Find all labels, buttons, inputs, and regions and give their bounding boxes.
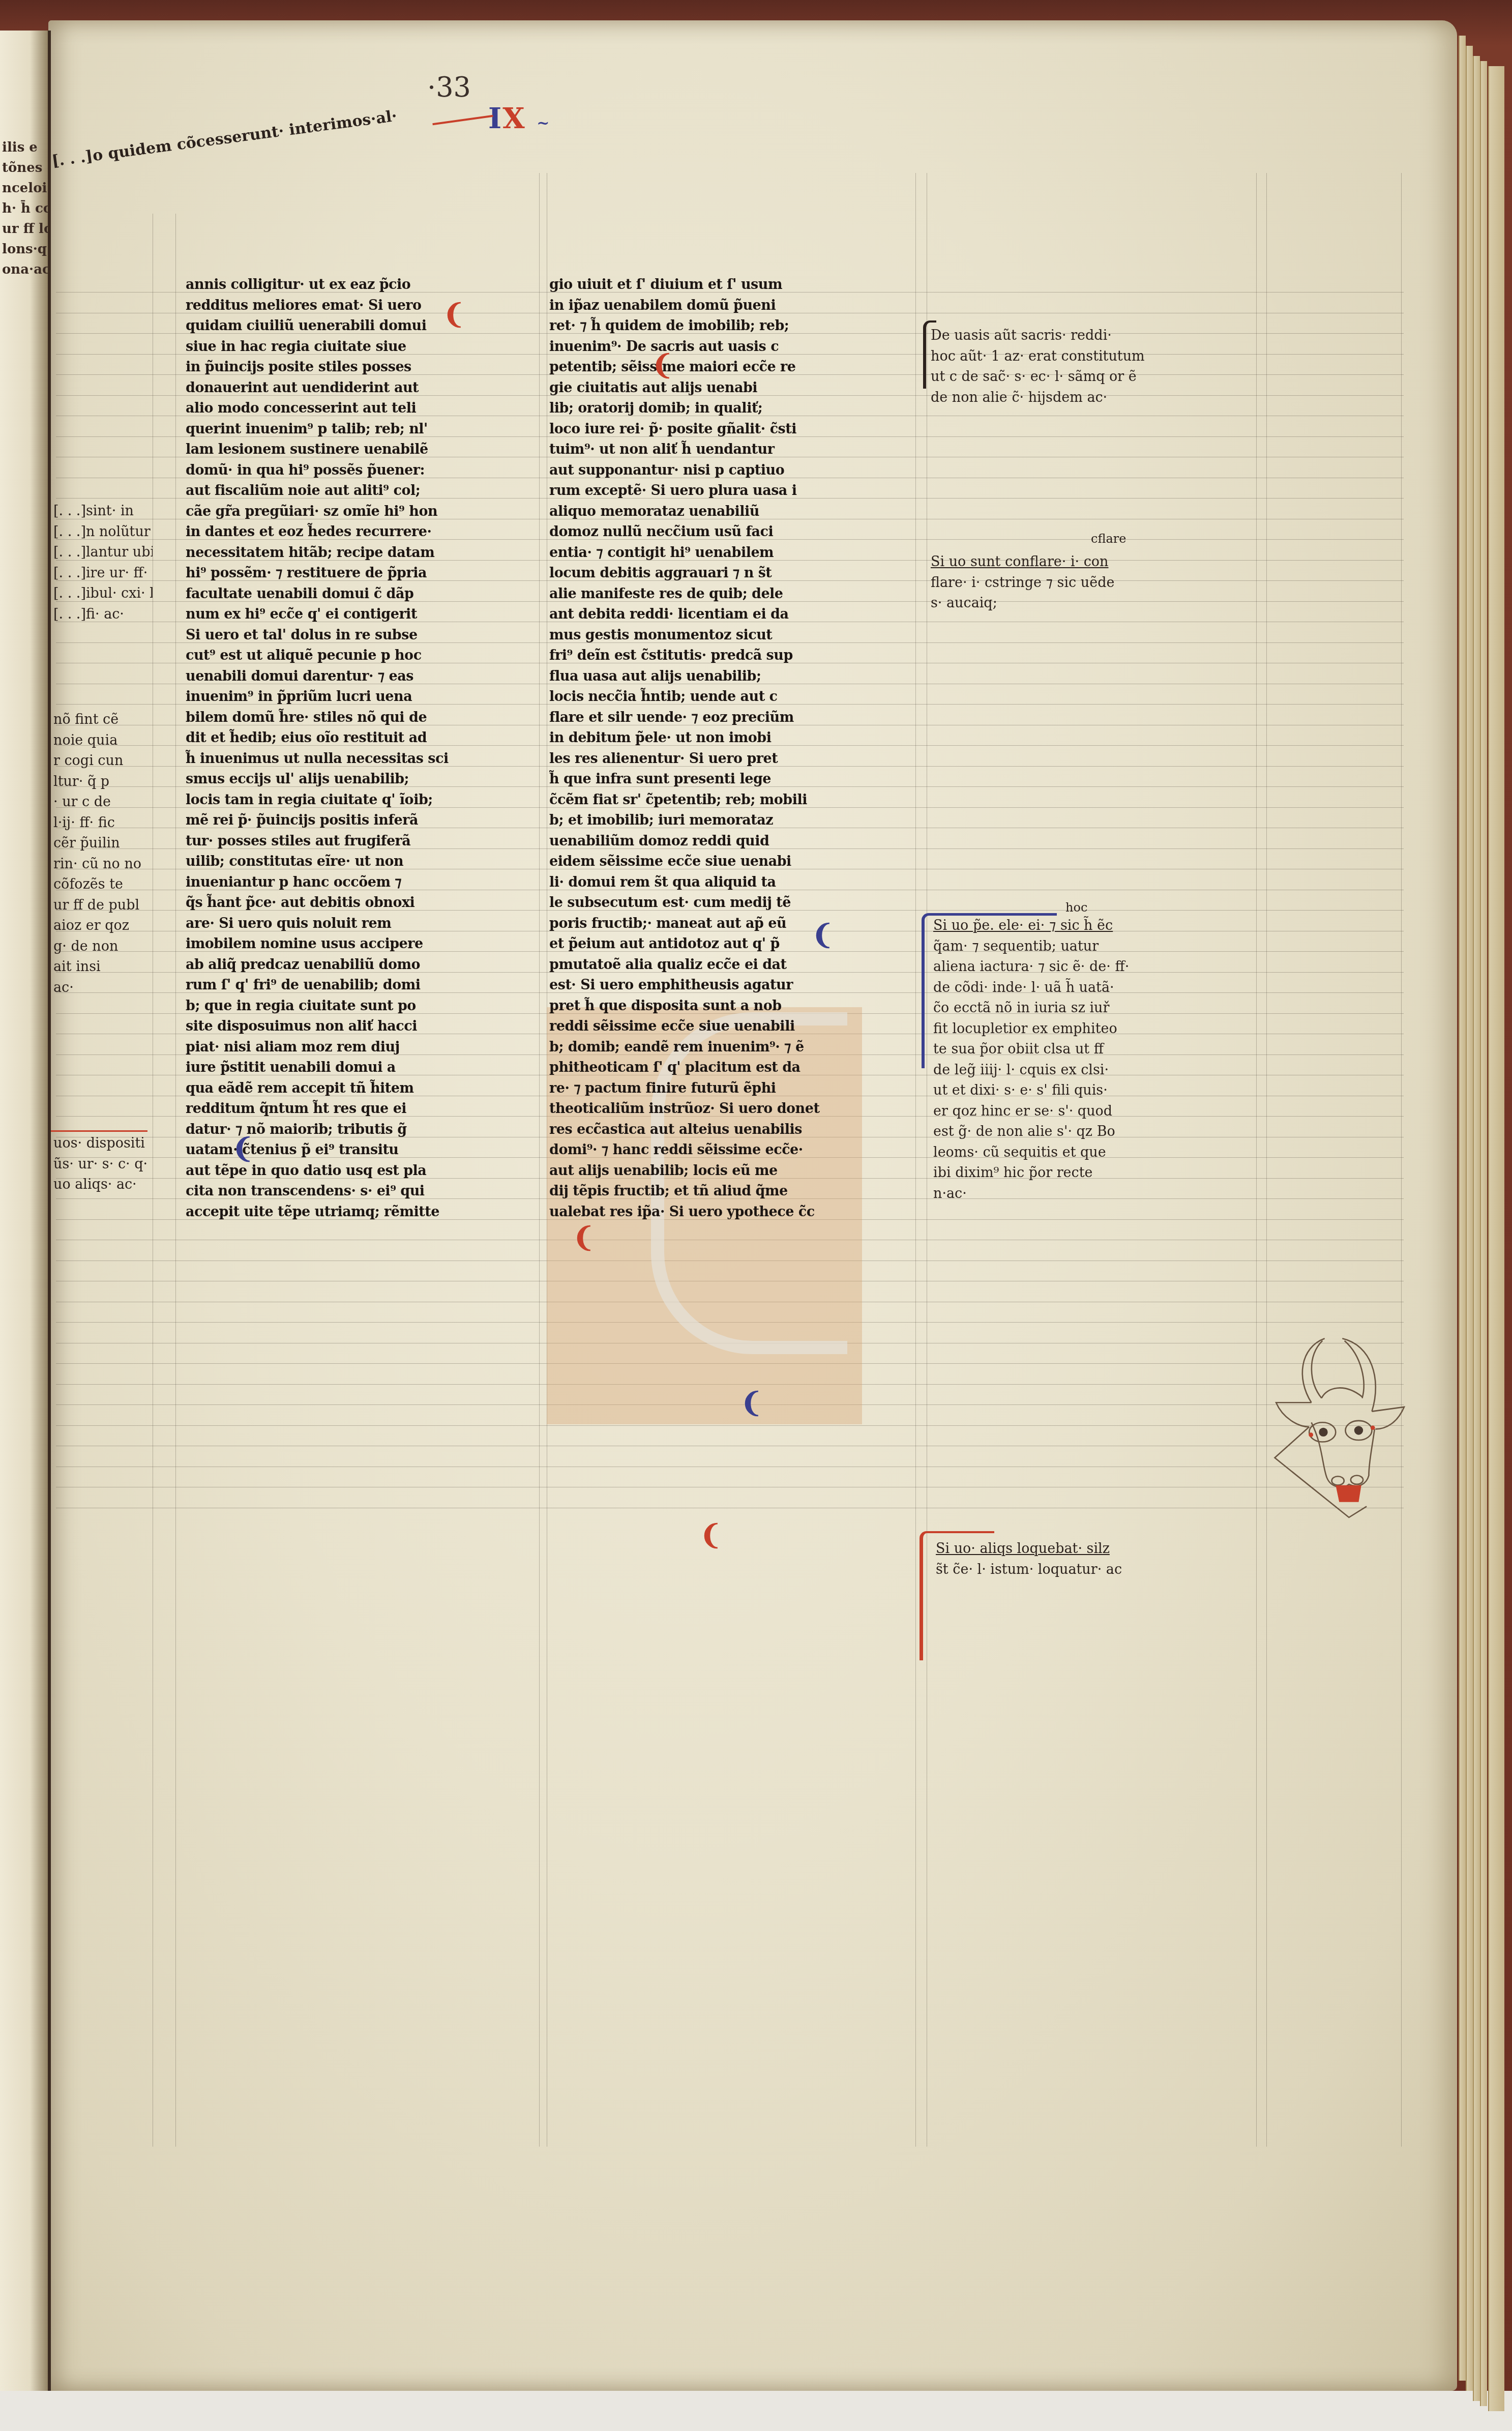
gloss-line: De uasis aũt sacris· reddi· <box>931 326 1145 346</box>
right-gloss-block: Si uo sunt conflare· i· con flare· i· cs… <box>931 552 1114 614</box>
gloss-line: Si uo sunt conflare· i· con <box>931 552 1114 573</box>
text-line: theoticaliũm instrũoz· Si uero donet <box>549 1099 905 1120</box>
gloss-line: s̃t c̃e· l· istum· loquatur· ac <box>936 1560 1122 1580</box>
paragraph-mark-blue: ❨ <box>231 1134 254 1162</box>
gloss-line: noie quia <box>53 730 155 751</box>
text-line: ualebat res ip̃a· Si uero ypothece c̃c <box>549 1202 905 1223</box>
gloss-line: [. . .]fi· ac· <box>53 604 153 625</box>
text-line: mus gestis monumentoz sicut <box>549 625 905 646</box>
text-line: accepit uite tẽpe utriamq; rẽmitte <box>186 1202 531 1223</box>
running-title-part: X <box>502 102 525 135</box>
text-line: necessitatem hitãb; recipe datam <box>186 543 531 564</box>
ruling-vertical <box>539 173 540 2147</box>
text-line: le subsecutum est· cum medij tẽ <box>549 893 905 914</box>
gloss-line: ibi dixim⁹ hic p̃or recte <box>933 1163 1129 1184</box>
text-line: aut supponantur· nisi p captiuo <box>549 460 905 481</box>
gloss-line: ũs· ur· s· c· q· <box>53 1154 155 1175</box>
gloss-line: [. . .]n nolũtur <box>53 522 153 543</box>
text-line: q̃s h̃ant p̃ce· aut debitis obnoxi <box>186 893 531 914</box>
text-column-1: annis colligitur· ut ex eaz p̃cioredditu… <box>186 275 531 1222</box>
text-line: annis colligitur· ut ex eaz p̃cio <box>186 275 531 296</box>
ruling-vertical <box>175 214 176 2147</box>
text-line: aliquo memorataz uenabiliũ <box>549 502 905 522</box>
bull-head-icon <box>1256 1317 1424 1536</box>
gloss-line: n·ac· <box>933 1184 1129 1205</box>
gloss-line: de cõdi· inde· l· uã h̃ uatã· <box>933 978 1129 999</box>
gloss-line: q̃am· ⁊ sequentib; uatur <box>933 936 1129 957</box>
text-line: c̃cẽm fiat sr' c̃petentib; reb; mobili <box>549 790 905 811</box>
text-line: aut fiscaliũm noie aut aliti⁹ col; <box>186 481 531 502</box>
text-line: li· domui rem s̃t qua aliquid ta <box>549 872 905 893</box>
gloss-line: hoc aũt· 1 az· erat constitutum <box>931 346 1145 367</box>
left-gloss-block: nõ fint cẽ noie quia r cogi cun ltur· q̃… <box>53 710 155 998</box>
text-line: donauerint aut uendiderint aut <box>186 378 531 399</box>
gloss-line: fit locupletior ex emphiteo <box>933 1019 1129 1040</box>
fragment-line: ur ff lo <box>0 219 50 239</box>
gloss-line: te sua p̃or obiit clsa ut ff <box>933 1039 1129 1060</box>
text-line: les res alienentur· Si uero pret <box>549 749 905 770</box>
gloss-line: ac· <box>53 978 155 999</box>
gutter-shadow <box>48 31 51 2391</box>
text-line: gio uiuit et ſ' diuium et ſ' usum <box>549 275 905 296</box>
gloss-line: r cogi cun <box>53 751 155 772</box>
text-line: are· Si uero quis noluit rem <box>186 914 531 934</box>
text-line: eidem sẽissime ecc̃e siue uenabi <box>549 852 905 872</box>
text-line: locum debitis aggrauari ⁊ n s̃t <box>549 563 905 584</box>
text-line: domũ· in qua hi⁹ possẽs p̃uener: <box>186 460 531 481</box>
text-line: inuenim⁹ in p̃priũm lucri uena <box>186 687 531 708</box>
page-edge <box>1466 46 1473 2391</box>
running-title: IX ~ <box>488 102 550 135</box>
text-line: redditus meliores emat· Si uero <box>186 296 531 316</box>
text-line: querint inuenim⁹ p talib; reb; nl' <box>186 419 531 440</box>
text-line: entia· ⁊ contigit hi⁹ uenabilem <box>549 543 905 564</box>
text-line: locis necc̃ia h̃ntib; uende aut c <box>549 687 905 708</box>
gloss-line: [. . .]ibul· cxi· l· <box>53 583 153 604</box>
text-line: lib; oratorij domib; in qualiť; <box>549 398 905 419</box>
text-line: qua eãdẽ rem accepit tñ h̃item <box>186 1078 531 1099</box>
left-gloss-block: [. . .]sint· in [. . .]n nolũtur [. . .]… <box>53 501 153 625</box>
text-line: alio modo concesserint aut teli <box>186 398 531 419</box>
text-line: lam lesionem sustinere uenabilẽ <box>186 440 531 460</box>
right-gloss-block: Si uo p̃e. ele· ei· ⁊ sic h̃ ẽc q̃am· ⁊ … <box>933 916 1129 1204</box>
gloss-line: ut c de sac̃· s· ec· l· sãmq or ẽ <box>931 367 1145 388</box>
text-line: re· ⁊ pactum finire futurũ ẽphi <box>549 1078 905 1099</box>
text-line: in dantes et eoz h̃edes recurrere· <box>186 522 531 543</box>
text-line: piat· nisi aliam moz rem diuj <box>186 1037 531 1058</box>
gloss-line: rin· cũ no no <box>53 854 155 875</box>
page-edge <box>1473 56 1480 2401</box>
text-line: redditum q̃ntum h̃t res que ei <box>186 1099 531 1120</box>
text-line: locis tam in regia ciuitate q' ĩoib; <box>186 790 531 811</box>
text-line: rum exceptẽ· Si uero plura uasa i <box>549 481 905 502</box>
scan-background <box>0 2391 1512 2431</box>
text-line: cãe gr̃a pregũiari· sz omĩe hi⁹ hon <box>186 502 531 522</box>
gloss-line: ur ff de publ <box>53 895 155 916</box>
ruling-vertical <box>927 173 927 2147</box>
text-line: facultate uenabili domui c̃ dãp <box>186 584 531 605</box>
gloss-line: nõ fint cẽ <box>53 710 155 730</box>
fragment-line: ona·ac· <box>0 259 50 280</box>
ruling-line <box>56 1425 1404 1426</box>
paragraph-mark-red: ❨ <box>442 300 465 328</box>
fragment-line: lons·q <box>0 239 50 259</box>
text-line: reddi sẽissime ecc̃e siue uenabili <box>549 1016 905 1037</box>
text-line: uenabili domui darentur· ⁊ eas <box>186 666 531 687</box>
text-line: phitheoticam ſ' q' placitum est da <box>549 1058 905 1078</box>
text-line: petentib; sẽissime maiori ecc̃e re <box>549 357 905 378</box>
right-gloss-block: De uasis aũt sacris· reddi· hoc aũt· 1 a… <box>931 326 1145 408</box>
text-line: in debitum p̃ele· ut non imobi <box>549 728 905 749</box>
gloss-line: uos· dispositi <box>53 1133 155 1154</box>
text-line: flua uasa aut alijs uenabilib; <box>549 666 905 687</box>
gloss-superscript: cflare <box>1091 532 1126 546</box>
ruling-vertical <box>1266 173 1267 2147</box>
text-line: inuenim⁹· De sacris aut uasis c <box>549 337 905 358</box>
text-line: tur· posses stiles aut frugiferã <box>186 831 531 852</box>
gloss-line: cõfozẽs te <box>53 874 155 895</box>
text-line: est· Si uero emphitheusis agatur <box>549 975 905 996</box>
gloss-line: g· de non <box>53 936 155 957</box>
gloss-line: ltur· q̃ p <box>53 772 155 793</box>
ruling-vertical <box>1256 173 1257 2147</box>
bull-head-illustration <box>1256 1317 1424 1536</box>
text-line: et p̃eium aut antidotoz aut q' p̃ <box>549 934 905 955</box>
text-line: rum ſ' q' fri⁹ de uenabilib; domi <box>186 975 531 996</box>
text-line: gie ciuitatis aut alijs uenabi <box>549 378 905 399</box>
ruling-vertical <box>1401 173 1402 2147</box>
text-line: bilem domũ h̃re· stiles nõ qui de <box>186 708 531 728</box>
running-title-part: I <box>488 102 502 135</box>
page-edge <box>1459 36 1466 2381</box>
text-line: alie manifeste res de quib; dele <box>549 584 905 605</box>
ruling-line <box>56 1446 1404 1446</box>
text-line: hi⁹ possẽm· ⁊ restituere de p̃pria <box>186 563 531 584</box>
text-line: ab aliq̃ predcaz uenabiliũ domo <box>186 955 531 976</box>
text-line: iure p̃stitit uenabili domui a <box>186 1058 531 1078</box>
gloss-line: s· aucaiq; <box>931 593 1114 614</box>
gloss-line: ait insi <box>53 957 155 978</box>
paragraph-mark-red: ❨ <box>651 351 674 378</box>
text-line: siue in hac regia ciuitate siue <box>186 337 531 358</box>
fragment-line: ilis e <box>0 137 50 158</box>
page-edge <box>1480 61 1487 2406</box>
text-line: inueniantur p hanc occõem ⁊ <box>186 872 531 893</box>
gloss-line: · ur c de <box>53 792 155 813</box>
text-line: smus eccijs ul' alijs uenabilib; <box>186 769 531 790</box>
gloss-line: cẽr p̃uilin <box>53 833 155 854</box>
gloss-line: flare· i· cstringe ⁊ sic uẽde <box>931 573 1114 594</box>
gloss-line: [. . .]ire ur· ff· <box>53 563 153 584</box>
gloss-line: Si uo p̃e. ele· ei· ⁊ sic h̃ ẽc <box>933 916 1129 936</box>
gloss-line: er qoz hinc er se· s'· quod <box>933 1101 1129 1122</box>
text-line: cut⁹ est ut aliquẽ pecunie p hoc <box>186 646 531 666</box>
text-line: Si uero et tal' dolus in re subse <box>186 625 531 646</box>
text-line: pret h̃ que disposita sunt a nob <box>549 996 905 1017</box>
text-line: ant debita reddi· licentiam ei da <box>549 604 905 625</box>
page-edge <box>1488 66 1504 2411</box>
text-line: h̃ inuenimus ut nulla necessitas sci <box>186 749 531 770</box>
paragraph-mark-blue: ❨ <box>811 921 834 948</box>
text-line: fri⁹ deĩn est c̃stitutis· predcã sup <box>549 646 905 666</box>
gloss-line: Si uo· aliqs loquebat· silz <box>936 1539 1122 1560</box>
gloss-line: l·ij· ff· fic <box>53 813 155 834</box>
ruling-line <box>56 1508 1404 1508</box>
gloss-line: ut et dixi· s· e· s' fili quis· <box>933 1080 1129 1101</box>
left-page-fragment: ilis e tõnes nceloi h· h̄ co ur ff lo lo… <box>0 31 50 2391</box>
gloss-line: leoms· cũ sequitis et que <box>933 1143 1129 1163</box>
text-line: dij tẽpis fructib; et tñ aliud q̃me <box>549 1181 905 1202</box>
text-line: in ip̃az uenabilem domũ p̃ueni <box>549 296 905 316</box>
text-line: dit et h̃edib; eius oĩo restituit ad <box>186 728 531 749</box>
text-line: uilib; constitutas eĩre· ut non <box>186 852 531 872</box>
fragment-line: h· h̄ co <box>0 198 50 219</box>
ruling-line <box>56 1487 1404 1487</box>
gloss-superscript: hoc <box>1065 900 1087 915</box>
gloss-line: c̃o ecctã nõ in iuria sz iuř <box>933 998 1129 1019</box>
text-line: h̃ que infra sunt presenti lege <box>549 769 905 790</box>
text-line: cita non transcendens· s· ei⁹ qui <box>186 1181 531 1202</box>
folio-number: ·33 <box>427 71 471 103</box>
gloss-line: uo aliqs· ac· <box>53 1175 155 1195</box>
text-line: b; que in regia ciuitate sunt po <box>186 996 531 1017</box>
gloss-line: est g̃· de non alie s'· qz Bo <box>933 1122 1129 1143</box>
gloss-line: aioz er qoz <box>53 916 155 936</box>
text-column-2: gio uiuit et ſ' diuium et ſ' usumin ip̃a… <box>549 275 905 1222</box>
paragraph-mark-blue: ❨ <box>740 1389 763 1416</box>
text-line: pmutatoẽ alia qualiz ecc̃e ei dat <box>549 955 905 976</box>
paragraph-mark-red: ❨ <box>699 1521 722 1548</box>
blue-flourish: ~ <box>537 114 550 132</box>
fragment-line: tõnes <box>0 158 50 178</box>
text-line: aut alijs uenabilib; locis eũ me <box>549 1161 905 1182</box>
right-gloss-block: Si uo· aliqs loquebat· silz s̃t c̃e· l· … <box>936 1539 1122 1580</box>
text-line: in p̃uincijs posite stiles posses <box>186 357 531 378</box>
text-line: mẽ rei p̃· p̃uincijs positis inferã <box>186 810 531 831</box>
text-line: imobilem nomine usus accipere <box>186 934 531 955</box>
gloss-line: de non alie c̃· hijsdem ac· <box>931 388 1145 408</box>
text-line: res ecc̃astica aut alteius uenabilis <box>549 1120 905 1140</box>
gloss-line: [. . .]sint· in <box>53 501 153 522</box>
paragraph-mark-red: ❨ <box>572 1223 595 1251</box>
fragment-line: nceloi <box>0 178 50 198</box>
text-line: site disposuimus non aliť hacci <box>186 1016 531 1037</box>
left-gloss-block: uos· dispositi ũs· ur· s· c· q· uo aliqs… <box>53 1133 155 1195</box>
gloss-line: [. . .]lantur ubi <box>53 542 153 563</box>
text-line: b; domib; eandẽ rem inuenim⁹· ⁊ ẽ <box>549 1037 905 1058</box>
text-line: domi⁹· ⁊ hanc reddi sẽissime ecc̃e· <box>549 1140 905 1161</box>
text-line: uenabiliũm domoz reddi quid <box>549 831 905 852</box>
text-line: ret· ⁊ h̃ quidem de imobilib; reb; <box>549 316 905 337</box>
text-line: tuim⁹· ut non aliť h̃ uendantur <box>549 440 905 460</box>
text-line: b; et imobilib; iuri memorataz <box>549 810 905 831</box>
ruling-vertical <box>915 173 916 2147</box>
text-line: loco iure rei· p̃· posite gñalit· c̃sti <box>549 419 905 440</box>
text-line: flare et silr uende· ⁊ eoz preciũm <box>549 708 905 728</box>
text-line: quidam ciuiliũ uenerabili domui <box>186 316 531 337</box>
gloss-line: aliena iactura· ⁊ sic ẽ· de· ff· <box>933 957 1129 978</box>
text-line: poris fructib;· maneat aut ap̃ eũ <box>549 914 905 934</box>
gloss-line: de leg̃ iiij· l· cquis ex clsi· <box>933 1060 1129 1081</box>
text-line: num ex hi⁹ ecc̃e q' ei contigerit <box>186 604 531 625</box>
text-line: domoz nullũ necc̃ium usũ faci <box>549 522 905 543</box>
ruling-line <box>56 1467 1404 1467</box>
red-rule <box>51 1130 147 1132</box>
